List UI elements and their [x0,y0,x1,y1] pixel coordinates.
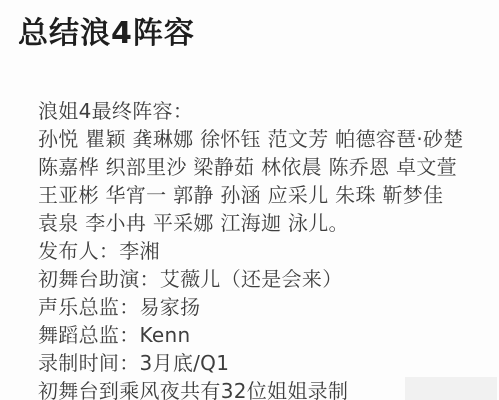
post-line-vocal-director: 声乐总监：易家扬 [38,293,479,321]
post-line-publisher: 发布人：李湘 [38,237,479,265]
post-line-names-1: 孙悦 瞿颖 龚琳娜 徐怀钰 范文芳 帕德容琶·砂楚 [38,125,479,153]
watermark-block [405,377,497,400]
post-line-dance-director: 舞蹈总监：Kenn [38,321,479,349]
post-line-lineup-header: 浪姐4最终阵容： [38,97,479,125]
post-line-recording-time: 录制时间：3月底/Q1 [38,349,479,377]
post-page: 总结浪4阵容 浪姐4最终阵容： 孙悦 瞿颖 龚琳娜 徐怀钰 范文芳 帕德容琶·砂… [0,0,499,400]
post-line-names-3: 王亚彬 华宵一 郭静 孙涵 应采儿 朱珠 靳梦佳 [38,181,479,209]
post-line-names-2: 陈嘉桦 织部里沙 梁静茹 林依晨 陈乔恩 卓文萱 [38,153,479,181]
post-body: 浪姐4最终阵容： 孙悦 瞿颖 龚琳娜 徐怀钰 范文芳 帕德容琶·砂楚 陈嘉桦 织… [0,97,499,400]
post-line-opening-stage-guest: 初舞台助演：艾薇儿（还是会来） [38,265,479,293]
post-title: 总结浪4阵容 [0,0,499,53]
post-line-names-4: 袁泉 李小冉 平采娜 江海迦 泳儿。 [38,209,479,237]
